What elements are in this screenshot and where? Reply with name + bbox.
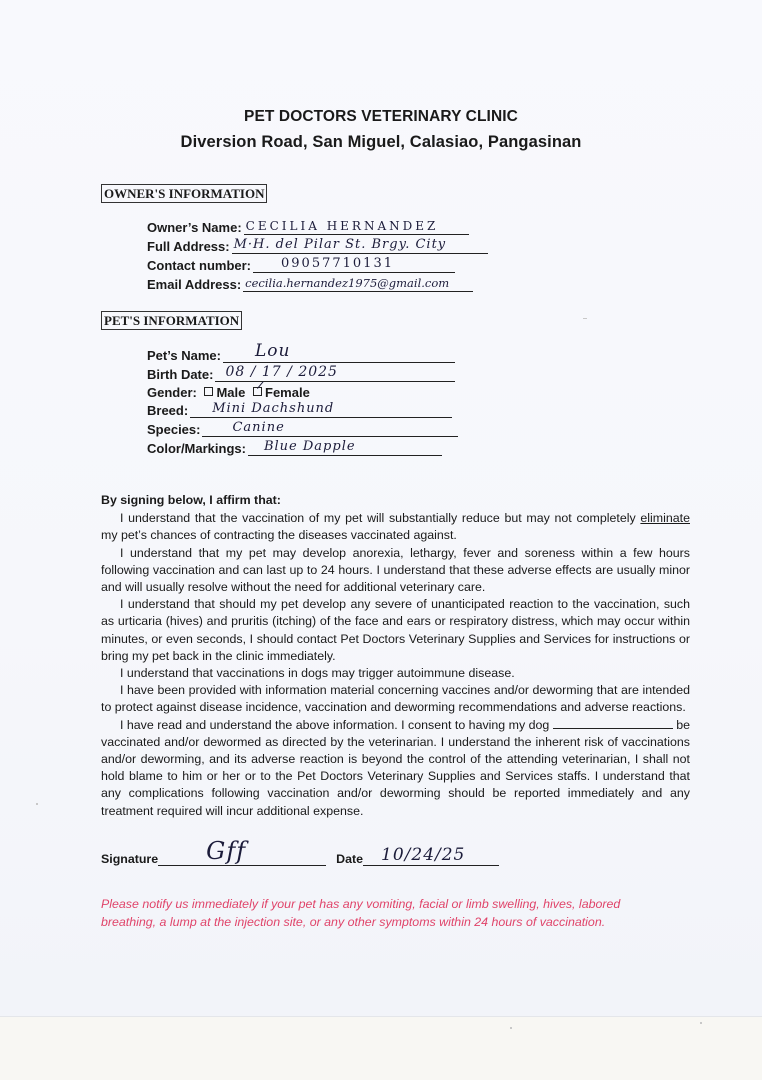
female-option-label: Female xyxy=(265,385,310,400)
owner-section-title: OWNER'S INFORMATION xyxy=(101,184,267,203)
consent-paragraph-3: I understand that should my pet develop … xyxy=(101,596,690,665)
color-markings-label: Color/Markings: xyxy=(147,441,248,456)
male-option-label: Male xyxy=(216,385,245,400)
owner-email-value: cecilia.hernandez1975@gmail.com xyxy=(245,276,449,290)
birth-date-value: 08 / 17 / 2025 xyxy=(225,364,338,380)
consent-paragraph-1: I understand that the vaccination of my … xyxy=(101,510,690,544)
pet-name-value: Lou xyxy=(255,341,290,361)
male-checkbox[interactable] xyxy=(204,387,213,396)
dog-name-blank[interactable] xyxy=(553,718,673,729)
birth-date-field[interactable]: Birth Date: 08 / 17 / 2025 xyxy=(147,366,455,382)
breed-value: Mini Dachshund xyxy=(212,401,334,416)
birth-date-label: Birth Date: xyxy=(147,367,215,382)
owner-contact-value: 09057710131 xyxy=(281,256,394,271)
breed-field[interactable]: Breed: Mini Dachshund xyxy=(147,402,452,418)
signature-value: Gff xyxy=(206,837,246,865)
clinic-name: PET DOCTORS VETERINARY CLINIC xyxy=(0,108,762,126)
post-vaccination-notice: Please notify us immediately if your pet… xyxy=(101,896,661,931)
gender-field: Gender: Male Female xyxy=(147,385,310,400)
scan-speck xyxy=(700,1022,702,1024)
species-label: Species: xyxy=(147,422,202,437)
pet-name-field[interactable]: Pet’s Name: Lou xyxy=(147,347,455,363)
scan-speck xyxy=(36,803,38,805)
page-bottom-edge xyxy=(0,1016,762,1080)
gender-label: Gender: xyxy=(147,385,197,400)
owner-name-value: CECILIA HERNANDEZ xyxy=(246,219,439,233)
consent-paragraph-6: I have read and understand the above inf… xyxy=(101,717,690,820)
scan-speck xyxy=(510,1027,512,1029)
date-label: Date xyxy=(336,852,363,866)
species-value: Canine xyxy=(232,420,284,435)
date-value: 10/24/25 xyxy=(381,845,465,865)
owner-name-label: Owner’s Name: xyxy=(147,220,244,235)
pet-name-label: Pet’s Name: xyxy=(147,348,223,363)
consent-paragraph-4: I understand that vaccinations in dogs m… xyxy=(101,665,690,682)
breed-label: Breed: xyxy=(147,403,190,418)
female-checkbox[interactable] xyxy=(253,387,262,396)
consent-paragraph-2: I understand that my pet may develop ano… xyxy=(101,545,690,597)
owner-email-field[interactable]: Email Address: cecilia.hernandez1975@gma… xyxy=(147,276,473,292)
color-markings-field[interactable]: Color/Markings: Blue Dapple xyxy=(147,440,442,456)
consent-text: By signing below, I affirm that: I under… xyxy=(101,492,690,820)
date-field[interactable]: 10/24/25 xyxy=(363,845,499,866)
signature-field[interactable]: Gff xyxy=(158,845,326,866)
consent-paragraph-5: I have been provided with information ma… xyxy=(101,682,690,716)
owner-name-field[interactable]: Owner’s Name: CECILIA HERNANDEZ xyxy=(147,219,469,235)
pet-section-title: PET'S INFORMATION xyxy=(101,311,242,330)
signature-row: Signature Gff Date 10/24/25 xyxy=(101,845,499,866)
owner-contact-label: Contact number: xyxy=(147,258,253,273)
species-field[interactable]: Species: Canine xyxy=(147,421,458,437)
signature-label: Signature xyxy=(101,852,158,866)
owner-contact-field[interactable]: Contact number: 09057710131 xyxy=(147,257,455,273)
scan-speck xyxy=(583,318,587,319)
owner-email-label: Email Address: xyxy=(147,277,243,292)
owner-address-label: Full Address: xyxy=(147,239,232,254)
color-markings-value: Blue Dapple xyxy=(264,439,356,454)
underlined-word: eliminate xyxy=(640,511,690,525)
consent-heading: By signing below, I affirm that: xyxy=(101,492,690,509)
clinic-address: Diversion Road, San Miguel, Calasiao, Pa… xyxy=(0,133,762,152)
owner-address-field[interactable]: Full Address: M·H. del Pilar St. Brgy. C… xyxy=(147,238,488,254)
owner-address-value: M·H. del Pilar St. Brgy. City xyxy=(234,237,447,252)
